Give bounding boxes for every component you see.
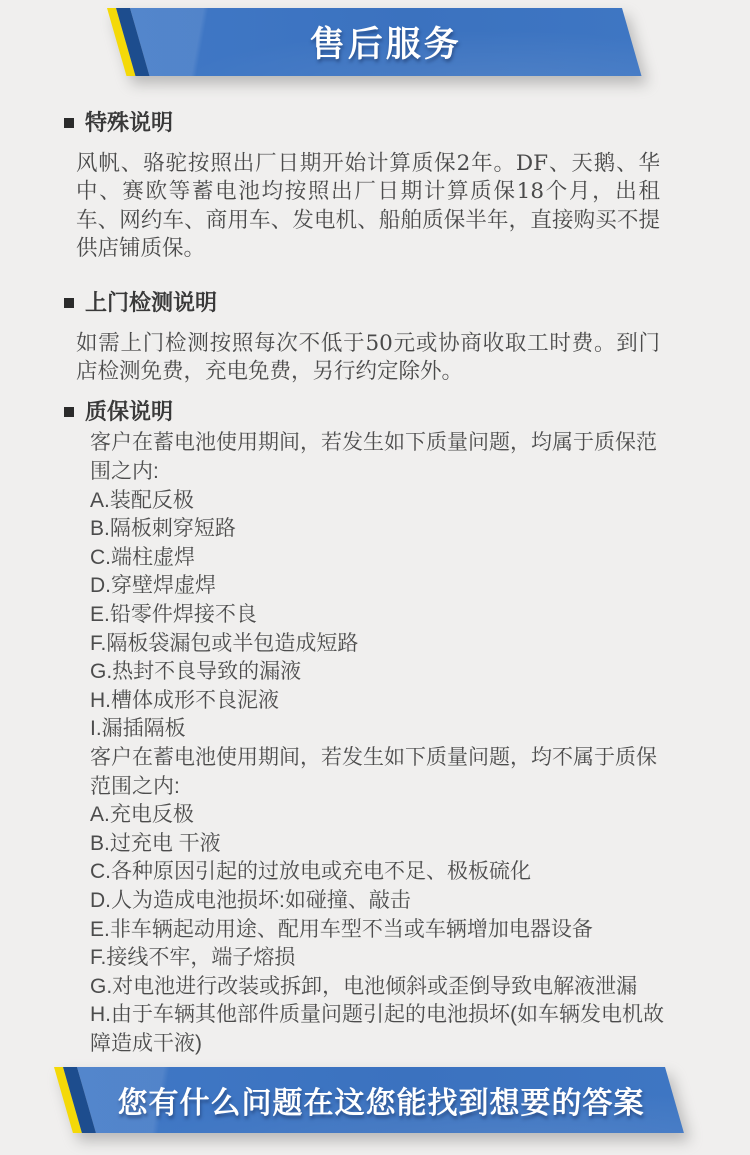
section-special-notes: 特殊说明 风帆、骆驼按照出厂日期开始计算质保2年。DF、天鹅、华中、赛欧等蓄电池… <box>64 110 670 264</box>
list-item: D.穿壁焊虚焊 <box>90 572 668 601</box>
not-covered-items-list: A.充电反极 B.过充电 干液 C.各种原因引起的过放电或充电不足、极板硫化 D… <box>90 801 668 1058</box>
square-bullet-icon <box>64 298 74 308</box>
square-bullet-icon <box>64 407 74 417</box>
square-bullet-icon <box>64 118 74 128</box>
after-sales-page: { "page": { "background": "#f0efee" }, "… <box>0 0 750 1155</box>
section-heading: 特殊说明 <box>64 110 670 136</box>
section-heading: 质保说明 <box>64 399 670 425</box>
bottom-banner-title: 您有什么问题在这您能找到想要的答案 <box>117 1078 644 1122</box>
onsite-inspection-paragraph: 如需上门检测按照每次不低于50元或协商收取工时费。到门店检测免费，充电免费，另行… <box>76 330 660 387</box>
list-item: A.充电反极 <box>90 801 668 830</box>
section-heading-label: 上门检测说明 <box>85 290 217 316</box>
page-title: 售后服务 <box>310 17 462 67</box>
top-banner: 售后服务 <box>130 8 622 76</box>
list-item: G.对电池进行改装或拆卸，电池倾斜或歪倒导致电解液泄漏 <box>90 973 668 1002</box>
list-item: C.各种原因引起的过放电或充电不足、极板硫化 <box>90 858 668 887</box>
list-item: E.铅零件焊接不良 <box>90 601 668 630</box>
covered-items-list: A.装配反极 B.隔板刺穿短路 C.端柱虚焊 D.穿壁焊虚焊 E.铅零件焊接不良… <box>90 487 668 744</box>
warranty-body: 客户在蓄电池使用期间，若发生如下质量问题，均属于质保范围之内: A.装配反极 B… <box>90 429 668 1058</box>
bottom-banner-shape: 您有什么问题在这您能找到想要的答案 <box>77 1067 684 1133</box>
section-onsite-inspection: 上门检测说明 如需上门检测按照每次不低于50元或协商收取工时费。到门店检测免费，… <box>64 290 670 387</box>
bottom-banner: 您有什么问题在这您能找到想要的答案 <box>77 1067 665 1133</box>
list-item: F.接线不牢，端子熔损 <box>90 944 668 973</box>
list-item: G.热封不良导致的漏液 <box>90 658 668 687</box>
list-item: H.由于车辆其他部件质量问题引起的电池损坏(如车辆发电机故障造成干液) <box>90 1001 668 1058</box>
list-item: E.非车辆起动用途、配用车型不当或车辆增加电器设备 <box>90 916 668 945</box>
list-item: B.过充电 干液 <box>90 830 668 859</box>
list-item: H.槽体成形不良泥液 <box>90 687 668 716</box>
list-item: F.隔板袋漏包或半包造成短路 <box>90 630 668 659</box>
special-notes-paragraph: 风帆、骆驼按照出厂日期开始计算质保2年。DF、天鹅、华中、赛欧等蓄电池均按照出厂… <box>76 150 660 264</box>
not-covered-intro: 客户在蓄电池使用期间，若发生如下质量问题，均不属于质保范围之内: <box>90 744 668 801</box>
section-heading-label: 特殊说明 <box>85 110 173 136</box>
list-item: A.装配反极 <box>90 487 668 516</box>
top-banner-shape: 售后服务 <box>130 8 641 76</box>
covered-intro: 客户在蓄电池使用期间，若发生如下质量问题，均属于质保范围之内: <box>90 429 668 486</box>
section-warranty: 质保说明 客户在蓄电池使用期间，若发生如下质量问题，均属于质保范围之内: A.装… <box>64 399 670 1058</box>
list-item: B.隔板刺穿短路 <box>90 515 668 544</box>
list-item: I.漏插隔板 <box>90 715 668 744</box>
list-item: C.端柱虚焊 <box>90 544 668 573</box>
list-item: D.人为造成电池损坏:如碰撞、敲击 <box>90 887 668 916</box>
section-heading-label: 质保说明 <box>85 399 173 425</box>
after-sales-content: 特殊说明 风帆、骆驼按照出厂日期开始计算质保2年。DF、天鹅、华中、赛欧等蓄电池… <box>64 110 670 1059</box>
section-heading: 上门检测说明 <box>64 290 670 316</box>
